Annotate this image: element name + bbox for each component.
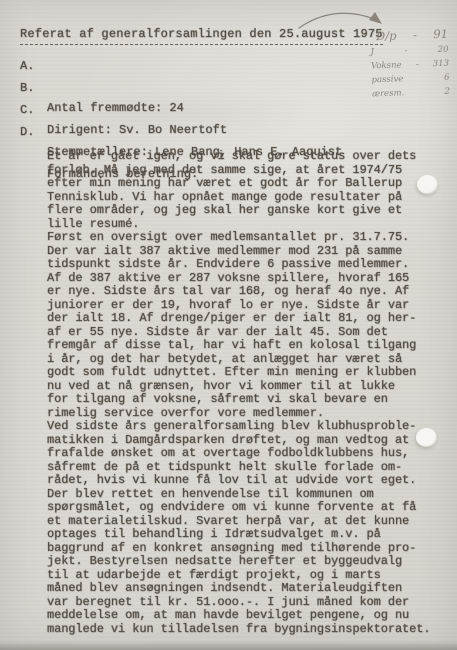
body-line: Tennisklub. Vi har opnået mange gode res… — [47, 191, 449, 205]
scan-bottom-edge — [0, 641, 457, 650]
meta-label: D. — [20, 125, 34, 139]
body-line: Et år er gået igen, og vi skal gøre stat… — [47, 150, 449, 164]
body-line: Der var ialt 387 aktive medlemmer mod 23… — [47, 245, 449, 259]
body-line: der ialt 18. Af drenge/piger er der ialt… — [47, 312, 449, 326]
body-line: såfremt de på et tidspunkt helt skulle f… — [47, 461, 449, 475]
body-line: flere områder, og jeg skal her ganske ko… — [47, 204, 449, 218]
body-line: Der blev rettet en henvendelse til kommu… — [47, 488, 449, 502]
body-line: matikken i Damgårdsparken drøftet, og ma… — [47, 434, 449, 448]
scanned-document-page: Referat af generalforsamlingen den 25.au… — [0, 0, 457, 650]
body-line: forløb. Må jeg med det samme sige, at år… — [47, 164, 449, 178]
body-line: Af de 387 aktive er 287 voksne spillere,… — [47, 272, 449, 286]
punch-hole-bottom — [416, 428, 437, 447]
body-line: Først en oversigt over medlemsantallet p… — [47, 231, 449, 245]
body-line: Ved sidste års generalforsamling blev kl… — [47, 420, 449, 434]
meta-label: A. — [20, 59, 34, 73]
tally-value: 6 — [444, 71, 450, 85]
body-line: af er 55 nye. Sidste år var der ialt 45.… — [47, 326, 449, 340]
body-line: er nye. Sidste års tal var 168, og heraf… — [47, 285, 449, 299]
body-line: måned blev ansøgningen indsendt. Materia… — [47, 582, 449, 596]
body-line: for tilgang af voksne, såfremt vi skal b… — [47, 393, 449, 407]
body-line: meddelelse om, at man havde bevilget pen… — [47, 609, 449, 623]
meta-row: D. Formandens beretning: — [20, 125, 420, 147]
body-line: juniorer er der 19, hvoraf lo er nye. Si… — [47, 299, 449, 313]
body-line: rimelig service overfor vore medlemmer. — [47, 407, 449, 421]
tally-label: D/p — [376, 26, 397, 45]
meta-label: C. — [20, 103, 34, 117]
tally-value: 20 — [437, 43, 448, 57]
body-line: lille resumé. — [47, 218, 449, 232]
tally-value: 2 — [444, 85, 450, 99]
meta-row: B. Dirigent: Sv. Bo Neertoft — [20, 81, 420, 103]
body-line: manglede vi kun tilladelsen fra bygnings… — [47, 623, 449, 637]
body-line: efter min mening har været et godt år fo… — [47, 177, 449, 191]
body-line: tidspunkt sidste år. Endvidere 6 passive… — [47, 258, 449, 272]
body-line: spørgsmålet, og endvidere om vi kunne fo… — [47, 501, 449, 515]
body-line: rådet, hvis vi kunne få lov til at udvid… — [47, 474, 449, 488]
body-line: godt som fuldt udnyttet. Efter min menin… — [47, 366, 449, 380]
report-body: Et år er gået igen, og vi skal gøre stat… — [47, 150, 449, 636]
body-line: jekt. Bestyrelsen nedsatte herefter et b… — [47, 555, 449, 569]
tally-value: 313 — [433, 57, 450, 72]
body-line: nu ved at nå grænsen, hvor vi kommer til… — [47, 380, 449, 394]
body-line: var beregnet til kr. 51.ooo.-. I juni må… — [47, 596, 449, 610]
meta-row: C. Stemmetællere: Lene Bang, Hans E. Aaq… — [20, 103, 420, 125]
meta-list: A. Antal fremmødte: 24 B. Dirigent: Sv. … — [20, 59, 420, 147]
punch-hole-top — [417, 175, 438, 194]
body-line: et materialetilskud. Svaret herpå var, a… — [47, 515, 449, 529]
body-line: baggrund af en konkret ansøgning med til… — [47, 542, 449, 556]
body-line: i år, og det har betydet, at anlægget ha… — [47, 353, 449, 367]
body-line: fremgår af disse tal, har vi haft en kol… — [47, 339, 449, 353]
body-line: optages til behandling i Idrætsudvalget … — [47, 528, 449, 542]
body-line: frafalde ønsket om at overtage fodboldkl… — [47, 447, 449, 461]
tally-separator: - — [396, 25, 433, 44]
meta-label: B. — [20, 81, 34, 95]
meta-row: A. Antal fremmødte: 24 — [20, 59, 420, 81]
body-line: til at udarbejde et færdigt projekt, og … — [47, 569, 449, 583]
tally-value: 91 — [433, 25, 448, 43]
